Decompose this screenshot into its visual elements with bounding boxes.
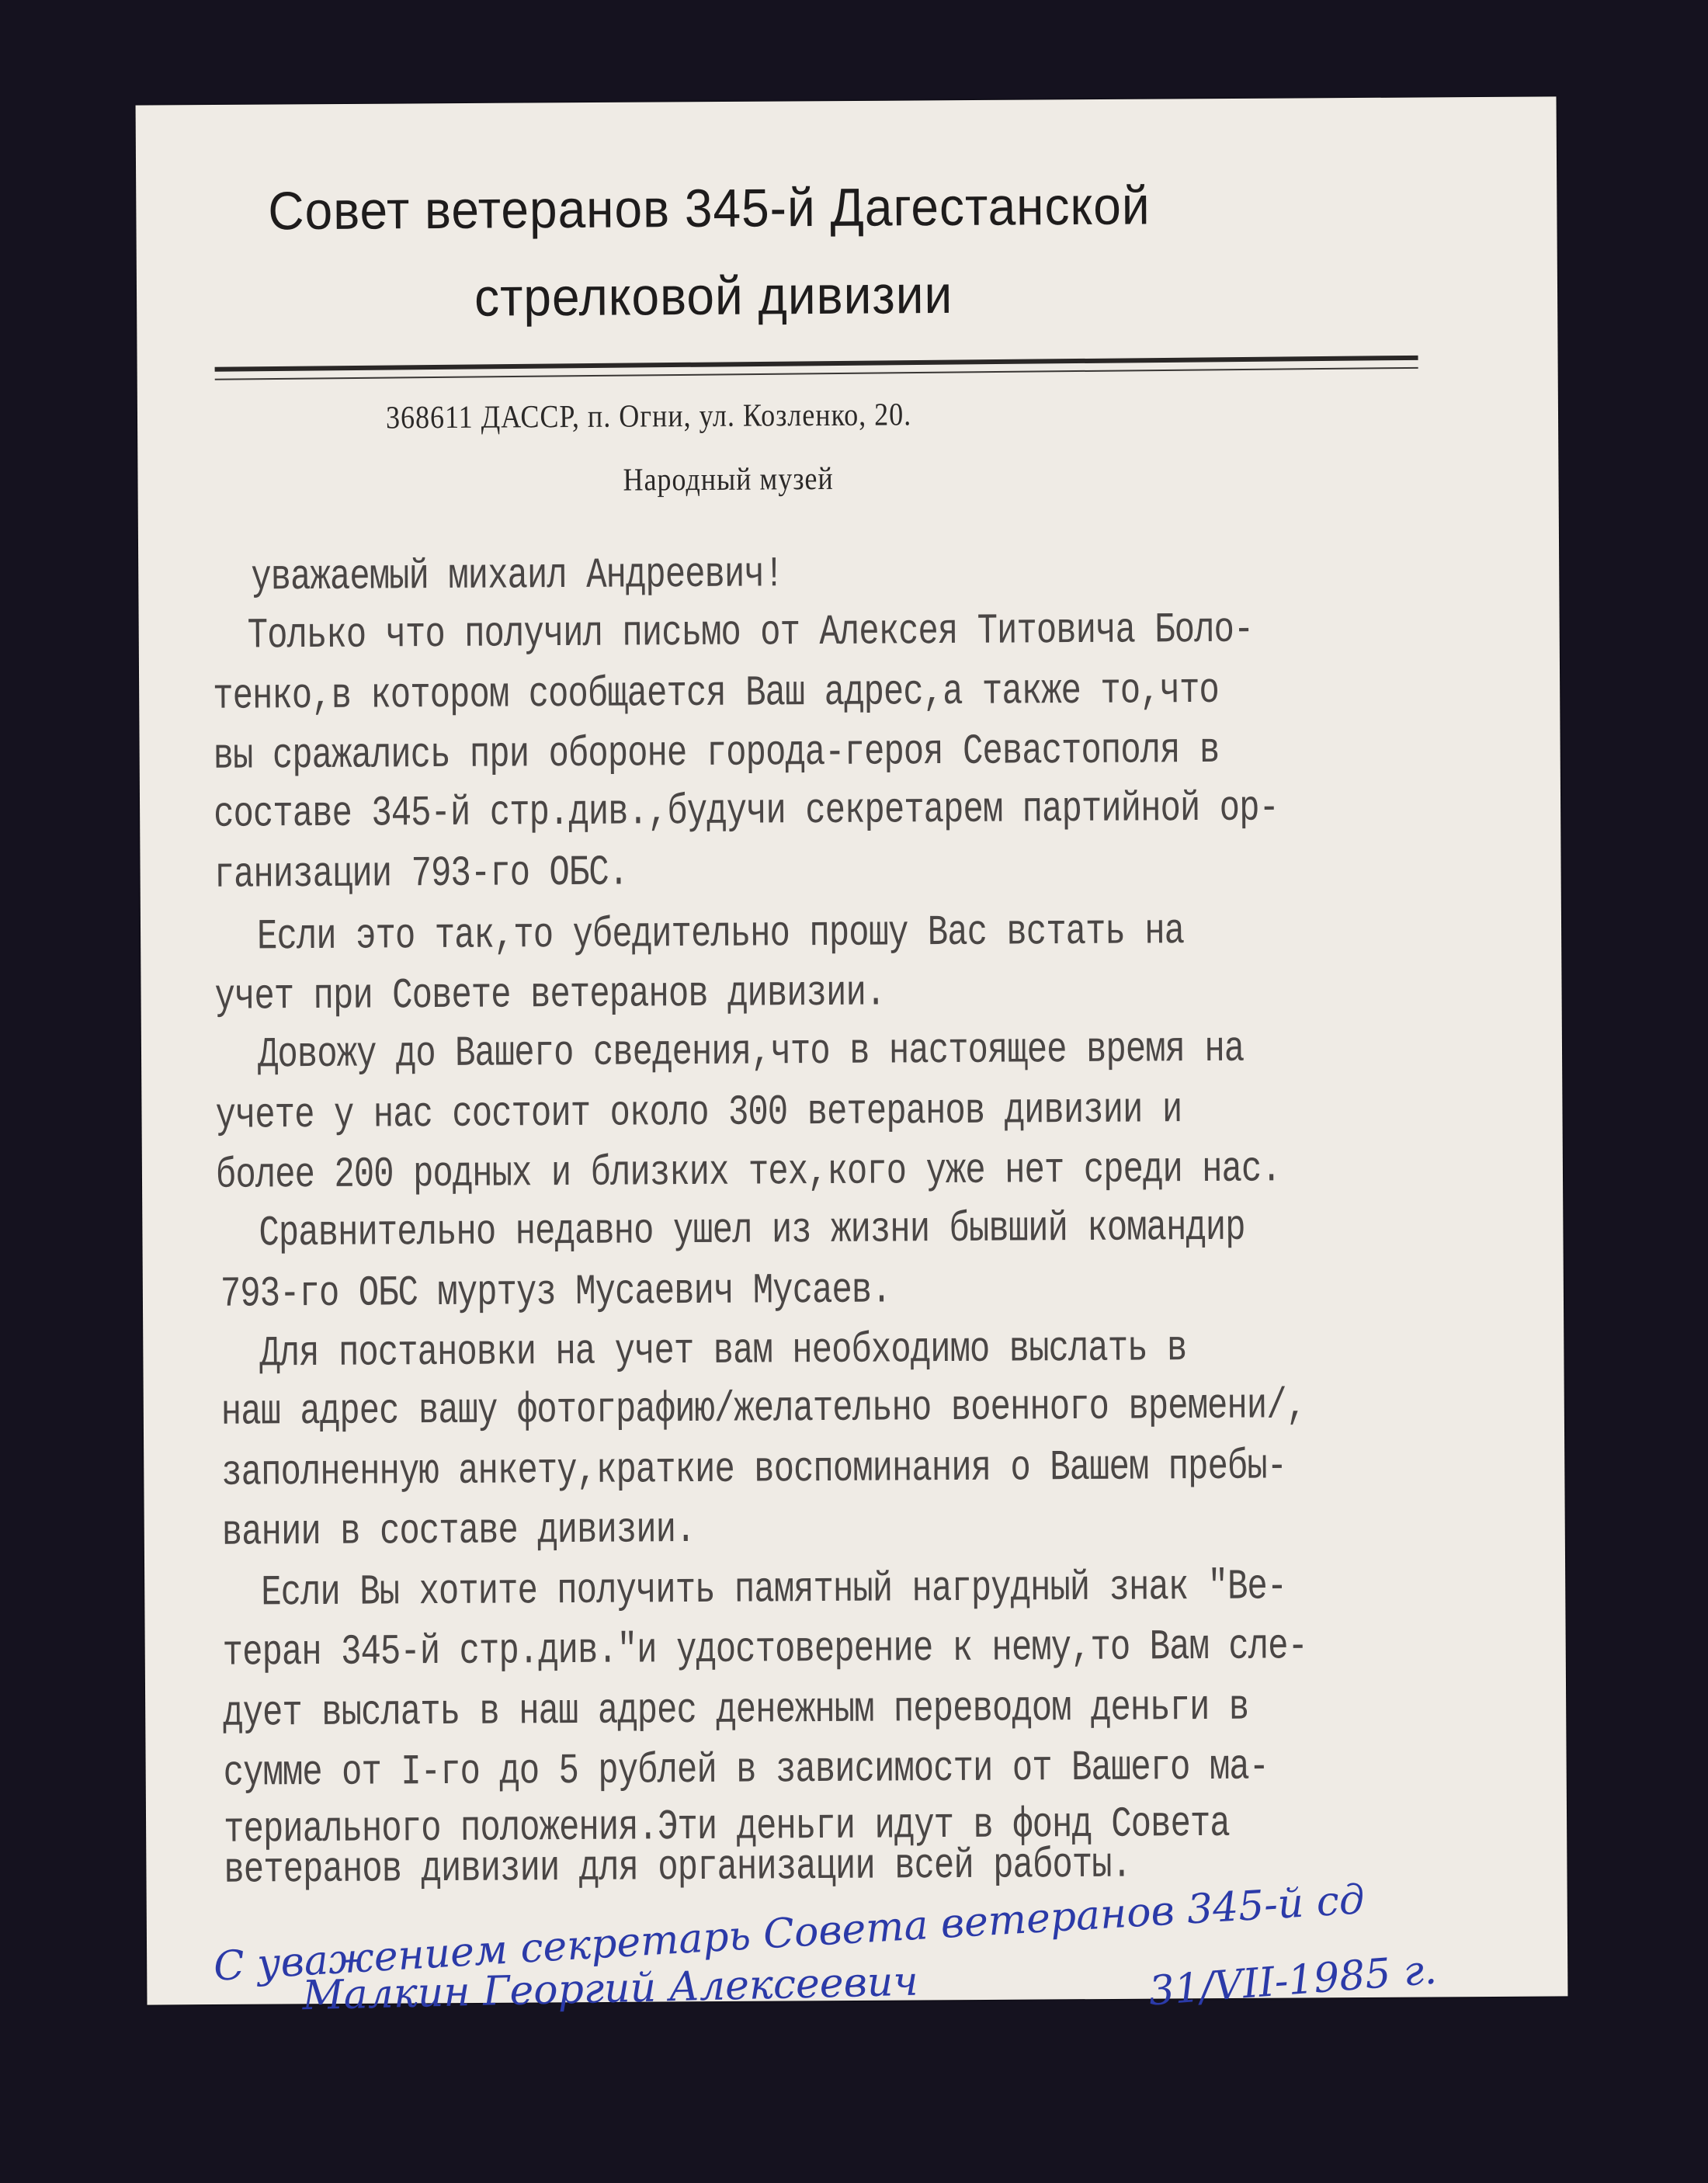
letterhead-address: 368611 ДАССР, п. Огни, ул. Козленко, 20. <box>386 395 912 436</box>
letterhead-subtitle: Народный музей <box>623 460 834 498</box>
letter-line: составе 345-й стр.див.,будучи секретарем… <box>213 784 1279 839</box>
letter-line: учет при Совете ветеранов дивизии. <box>214 969 885 1022</box>
letterhead: Совет ветеранов 345-й Дагестанской стрел… <box>136 96 1557 105</box>
letter-line: вании в составе дивизии. <box>222 1506 696 1557</box>
letter-line: Если Вы хотите получить памятный нагрудн… <box>261 1563 1286 1618</box>
letter-line: наш адрес вашу фотографию/желательно вое… <box>221 1382 1307 1437</box>
letter-line: Если это так,то убедительно прошу Вас вс… <box>257 908 1184 962</box>
letterhead-title-line2: стрелковой дивизии <box>474 263 953 328</box>
letter-line: Сравнительно недавно ушел из жизни бывши… <box>259 1204 1245 1258</box>
letter-body: уважаемый михаил Андреевич! Только что п… <box>136 96 1557 105</box>
salutation: уважаемый михаил Андреевич! <box>251 550 783 602</box>
signature-date: 31/VII-1985 г. <box>1147 1947 1439 2015</box>
letter-line: учете у нас состоит около 300 ветеранов … <box>215 1086 1182 1140</box>
letter-line: теран 345-й стр.див."и удостоверение к н… <box>223 1622 1308 1678</box>
letter-line: Для постановки на учет вам необходимо вы… <box>259 1324 1186 1379</box>
letter-line: ветеранов дивизии для организации всей р… <box>224 1841 1131 1896</box>
letter-line: сумме от I-го до 5 рублей в зависимости … <box>223 1743 1269 1798</box>
letter-line: заполненную анкету,краткие воспоминания … <box>221 1442 1286 1498</box>
letterhead-divider <box>215 356 1418 380</box>
letter-line: более 200 родных и близких тех,кого уже … <box>216 1145 1281 1200</box>
letter-line: 793-го ОБС муртуз Мусаевич Мусаев. <box>220 1266 891 1319</box>
letterhead-title-line1: Совет ветеранов 345-й Дагестанской <box>268 175 1151 242</box>
letter-line: Довожу до Вашего сведения,что в настояще… <box>258 1026 1245 1080</box>
letter-line: вы сражались при обороне города-героя Се… <box>213 727 1219 781</box>
letter-line: Только что получил письмо от Алексея Тит… <box>248 606 1254 661</box>
letter-page: Совет ветеранов 345-й Дагестанской стрел… <box>136 96 1568 2004</box>
letter-line: ганизации 793-го ОБС. <box>213 849 628 901</box>
letter-line: тенко,в котором сообщается Ваш адрес,а т… <box>213 667 1219 721</box>
letter-line: дует выслать в наш адрес денежным перево… <box>223 1684 1248 1739</box>
